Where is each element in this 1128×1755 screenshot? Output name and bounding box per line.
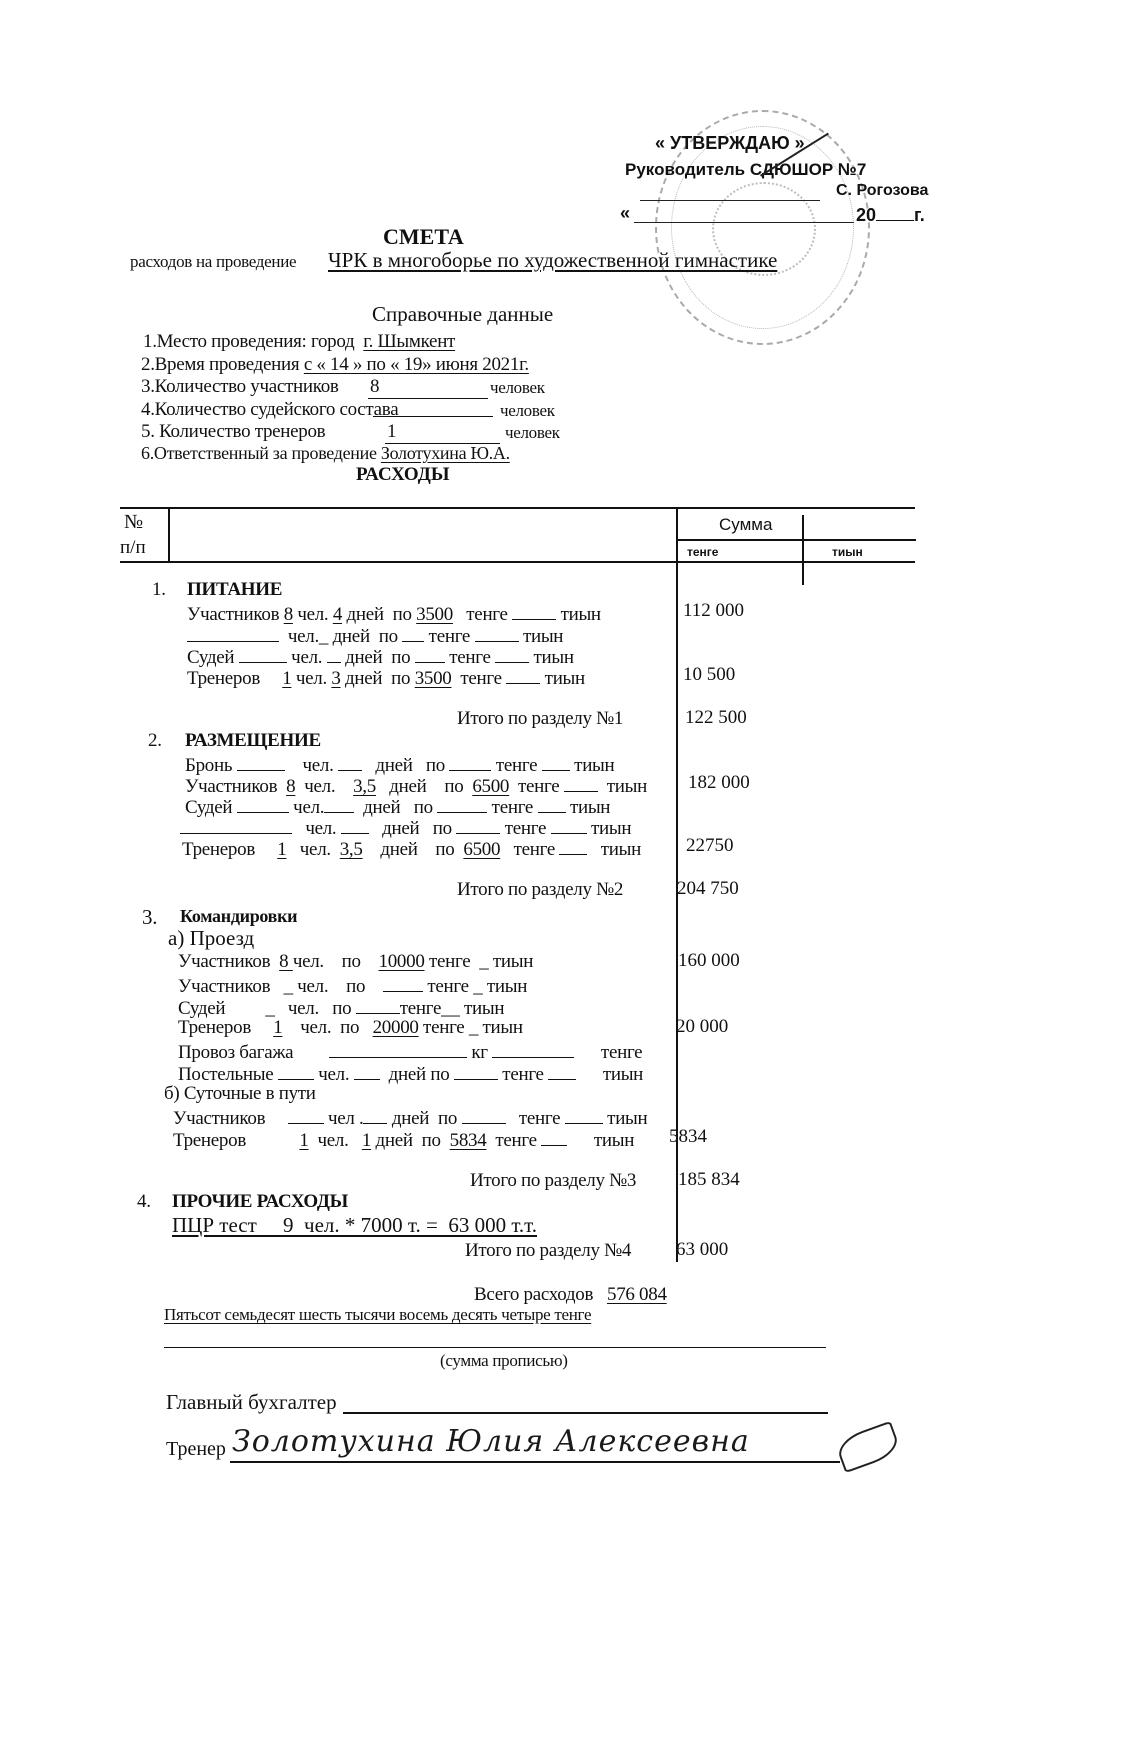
coach-handwritten-signature: Золотухина Юлия Алексеевна [232,1424,750,1459]
total-in-words: Пятьсот семьдесят шесть тысячи восемь де… [164,1305,591,1325]
s2-total: 204 750 [677,878,739,900]
subtitle-prefix: расходов на проведение [130,252,296,272]
th-tenge: тенге [687,545,718,559]
ref-unit-5: человек [505,423,560,443]
in-words-caption: (сумма прописью) [440,1351,568,1371]
ref-value-3: 8 [368,376,488,399]
ref-value-5: 1 [385,421,500,444]
th-sum: Сумма [719,515,772,535]
s1-total: 122 500 [685,707,747,729]
tiyn-col-rule [802,515,804,585]
ref-label: 4.Количество судейского состава [141,399,398,420]
ref-value: с « 14 » по « 19» июня 2021г. [304,354,529,375]
s3a-row-participants: Участников 8 чел. по 10000 тенге _ тиын [178,951,533,973]
expenses-title: РАСХОДЫ [356,464,450,486]
ref-label: 2.Время проведения [141,354,299,375]
ref-value: Золотухина Ю.А. [381,443,510,463]
s1-row-participants-amount: 112 000 [683,600,744,622]
reference-item-1: 1.Место проведения: город г. Шымкент [143,331,455,353]
section-3-title: Командировки [180,906,297,927]
sum-subheader-rule [676,539,916,541]
s3a-row-participants-amount: 160 000 [678,950,740,972]
reference-item-4: 4.Количество судейского состава [141,399,398,421]
approval-year: 20г. [856,203,925,226]
reference-item-6: 6.Ответственный за проведение Золотухина… [141,443,510,464]
ref-unit-3: человек [490,378,545,398]
s2-row-coaches-amount: 22750 [686,835,734,857]
s1-row-coaches-amount: 10 500 [683,664,735,686]
approval-name: С. Рогозова [836,182,928,200]
section-3a-title: а) Проезд [168,926,254,951]
approval-sign-line [640,200,820,201]
s3-total-label: Итого по разделу №3 [470,1170,636,1192]
s3a-row-coaches: Тренеров 1 чел. по 20000 тенге _ тиын [178,1017,523,1039]
table-header-rule [120,561,915,563]
th-num: № [124,511,143,534]
approval-title: « УТВЕРЖДАЮ » [655,133,805,154]
section-3b-title: б) Суточные в пути [164,1083,316,1105]
approval-date-line [634,222,854,223]
th-tiyn: тиын [832,545,863,559]
section-3-num: 3. [142,905,157,930]
section-4-title: ПРОЧИЕ РАСХОДЫ [172,1191,348,1213]
accountant-sign-line [343,1412,828,1414]
s4-total: 63 000 [676,1239,728,1261]
reference-item-5: 5. Количество тренеров [141,421,325,443]
year-suffix: г. [914,205,925,225]
s4-row-pcr: ПЦР тест 9 чел. * 7000 т. = 63 000 т.т. [172,1213,537,1238]
grand-total: 576 084 [607,1284,667,1306]
section-1-num: 1. [152,579,166,601]
s1-row-coaches: Тренеров 1 чел. 3 дней по 3500 тенге тиы… [187,665,585,690]
ref-unit-4: человек [500,401,555,421]
section-1-title: ПИТАНИЕ [187,579,282,601]
s3b-row-coaches: Тренеров 1 чел. 1 дней по 5834 тенге тиы… [173,1127,634,1152]
th-num2: п/п [120,537,146,559]
reference-item-2: 2.Время проведения с « 14 » по « 19» июн… [141,354,529,376]
s2-row-participants-amount: 182 000 [688,772,750,794]
year-label: 20 [856,205,876,225]
table-top-rule [120,507,915,509]
ref-label: 5. Количество тренеров [141,421,325,442]
s1-total-label: Итого по разделу №1 [457,708,623,730]
reference-item-3: 3.Количество участников [141,376,339,398]
ref-label: 1.Место проведения: город [143,331,354,352]
accountant-label: Главный бухгалтер [166,1390,337,1415]
s2-row-coaches: Тренеров 1 чел. 3,5 дней по 6500 тенге т… [182,836,641,861]
coach-signature-flourish [834,1421,902,1473]
s3a-row-coaches-amount: 20 000 [676,1016,728,1038]
s4-total-label: Итого по разделу №4 [465,1240,631,1262]
ref-value: г. Шымкент [363,331,455,352]
ref-label: 6.Ответственный за проведение [141,443,377,463]
document-title: СМЕТА [383,224,464,250]
section-4-num: 4. [137,1191,151,1213]
s3-total: 185 834 [678,1169,740,1191]
reference-title: Справочные данные [372,302,553,327]
grand-total-label: Всего расходов [474,1284,593,1306]
ref-value-4-blank [373,416,493,417]
s3b-row-coaches-amount: 5834 [669,1126,707,1148]
num-col-rule [168,507,170,561]
section-2-title: РАЗМЕЩЕНИЕ [185,730,321,752]
s2-total-label: Итого по разделу №2 [457,879,623,901]
ref-label: 3.Количество участников [141,376,339,397]
coach-sign-line [230,1461,840,1463]
section-2-num: 2. [148,730,162,752]
event-name: ЧРК в многоборье по художественной гимна… [328,248,777,273]
approval-date-quote: « [620,203,630,224]
year-blank [876,203,914,221]
coach-label: Тренер [166,1438,226,1461]
in-words-line [164,1347,826,1348]
